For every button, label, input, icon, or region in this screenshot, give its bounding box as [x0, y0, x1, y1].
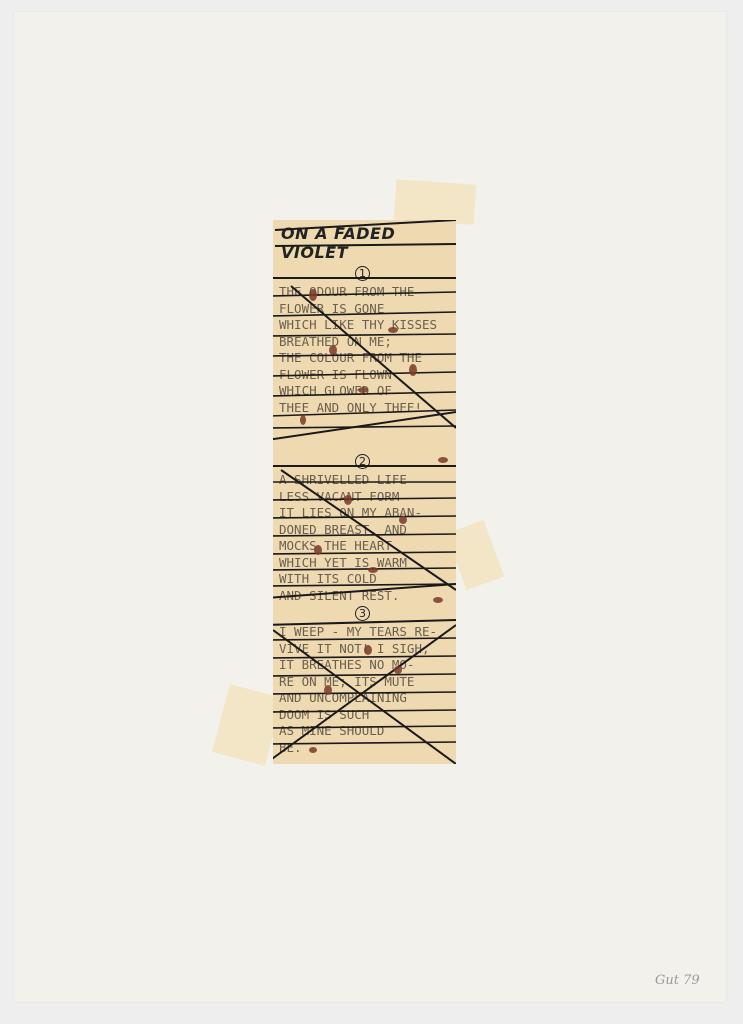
artist-signature: Gut 79	[655, 973, 700, 988]
stitched-crossouts	[273, 220, 456, 764]
poem-card: ON A FADED VIOLET 1 THE ODOUR FROM THE F…	[273, 220, 456, 764]
tape-top	[394, 179, 477, 224]
